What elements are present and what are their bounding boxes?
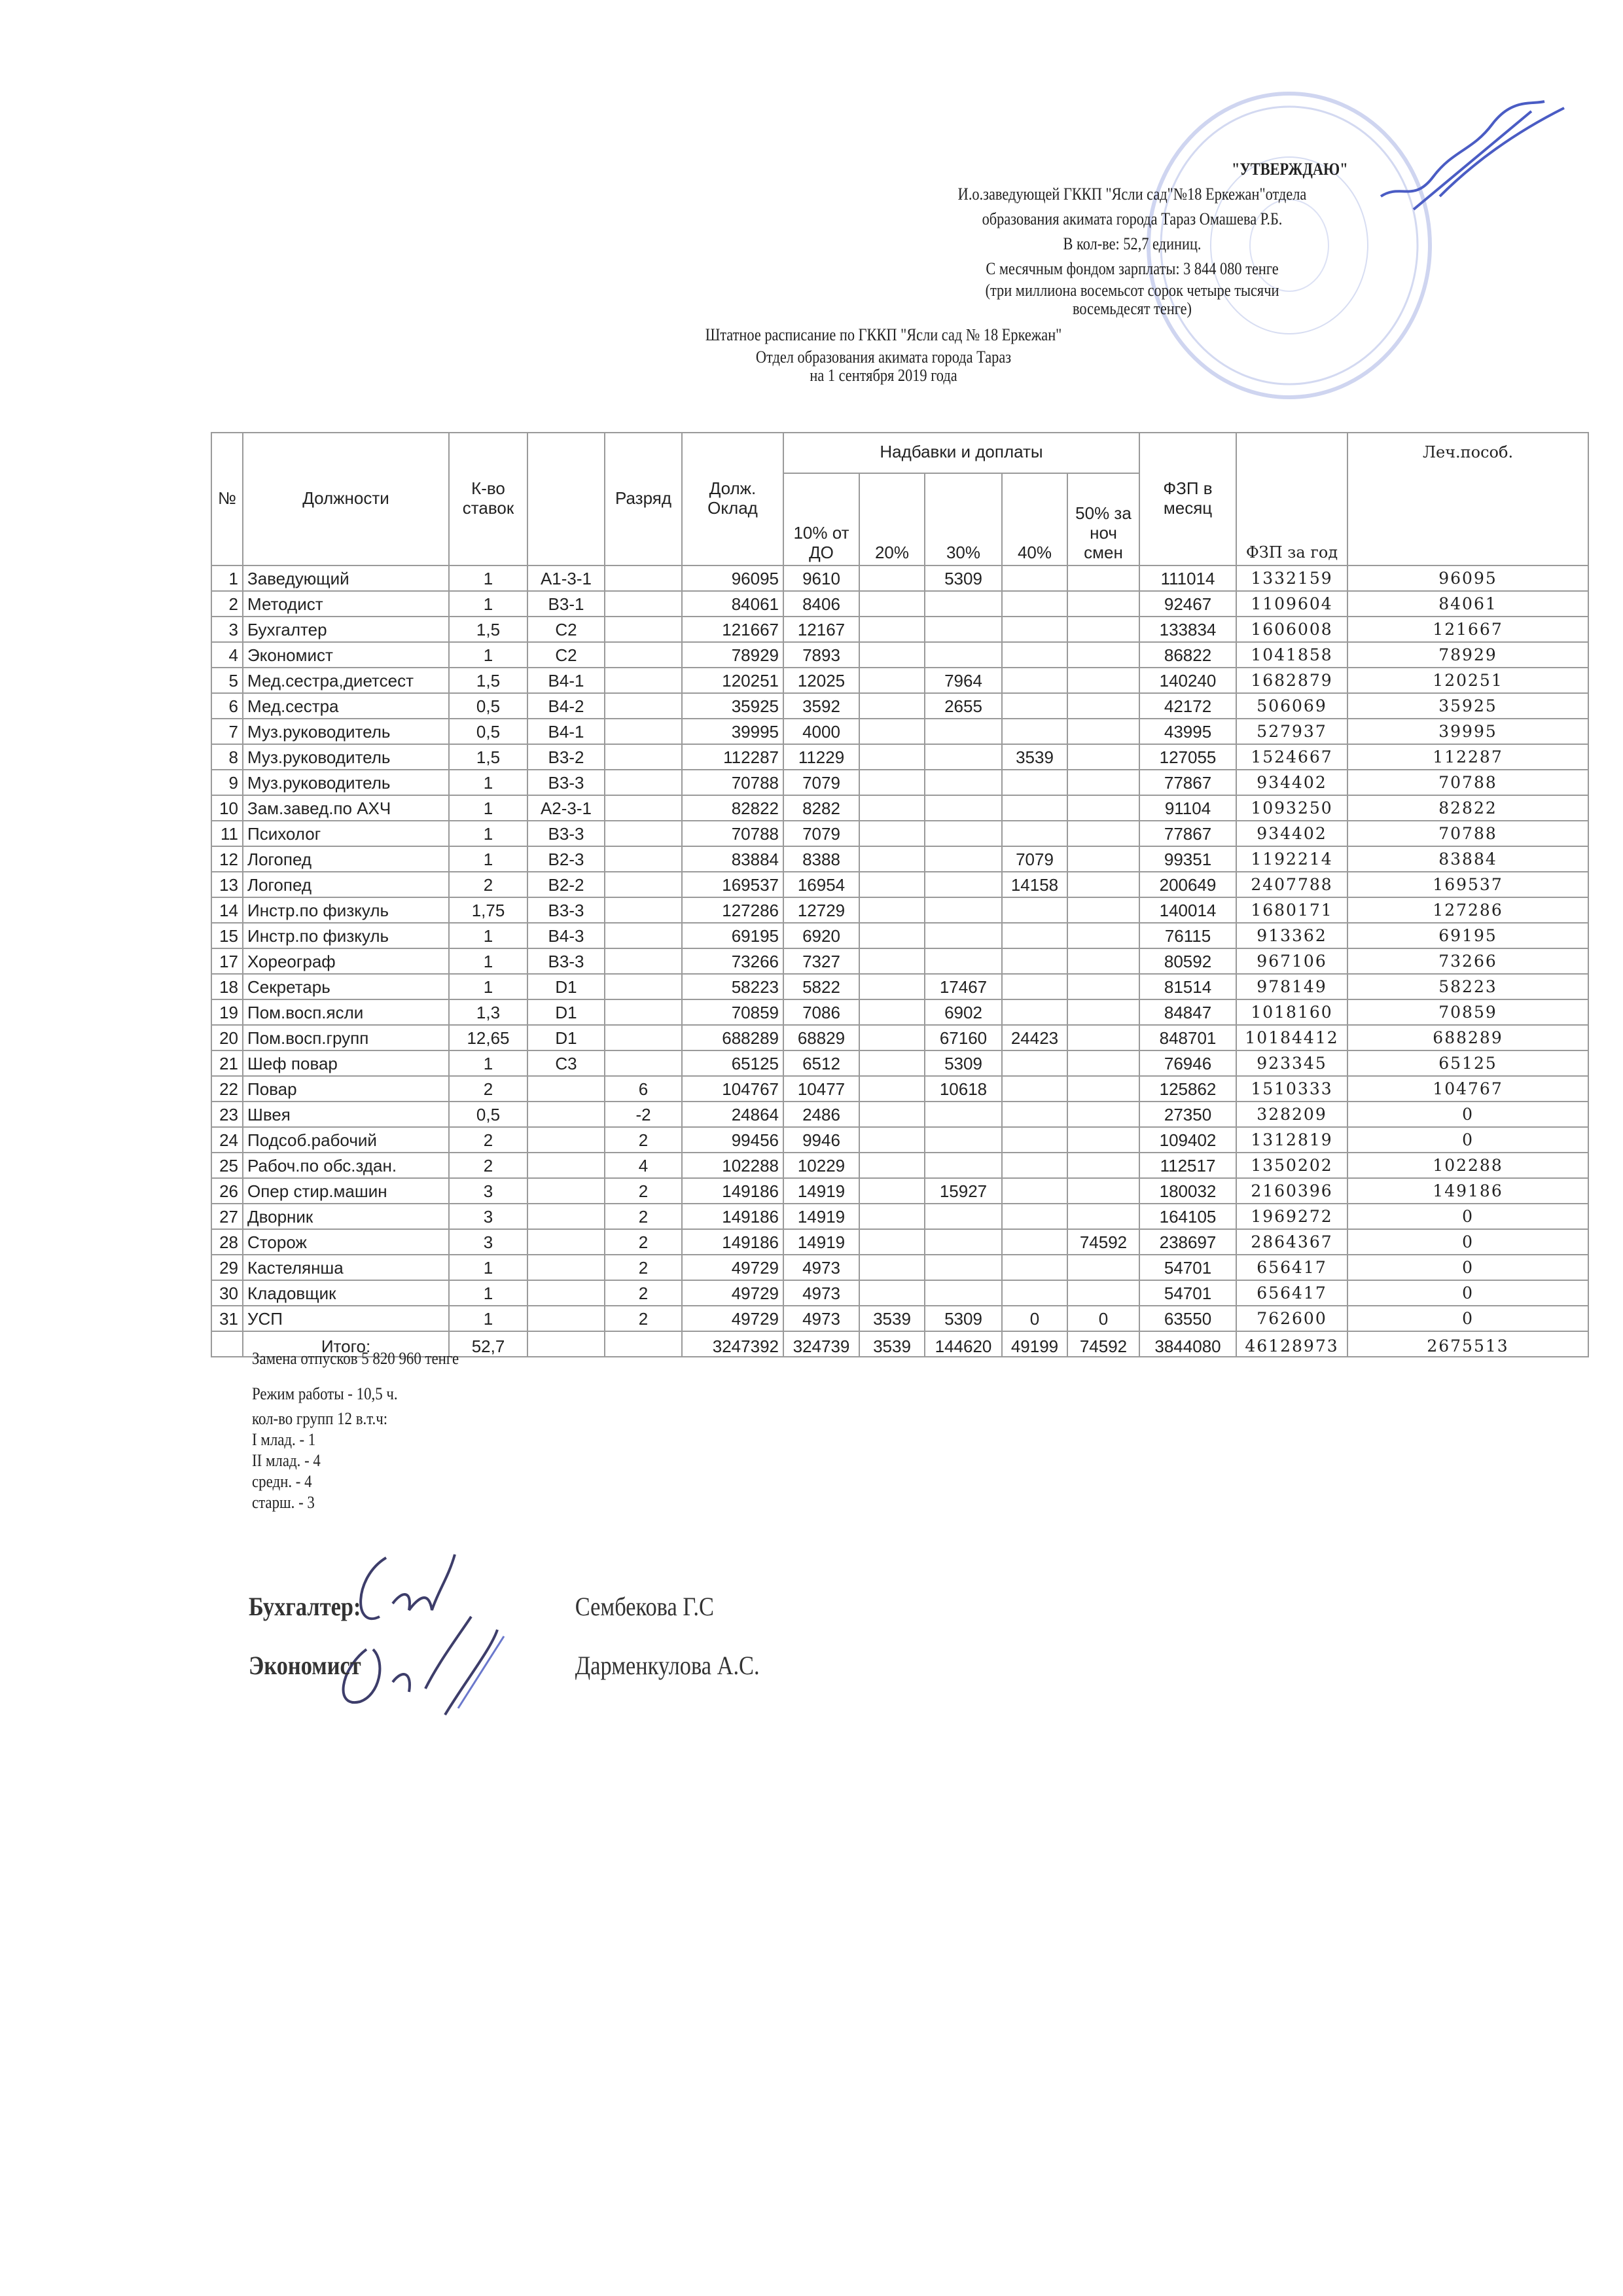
pct40-cell: 24423 bbox=[1002, 1025, 1067, 1050]
position-name-cell: Муз.руководитель bbox=[243, 770, 449, 795]
fzp-year-cell: 1680171 bbox=[1236, 897, 1347, 923]
pct50-cell bbox=[1067, 1280, 1139, 1306]
table-row: 22Повар261047671047710618125862151033310… bbox=[211, 1076, 1588, 1102]
medical-cell: 82822 bbox=[1347, 795, 1588, 821]
category-cell bbox=[527, 1280, 605, 1306]
medical-cell: 78929 bbox=[1347, 642, 1588, 668]
medical-cell: 70788 bbox=[1347, 821, 1588, 846]
pct50-cell bbox=[1067, 795, 1139, 821]
category-cell bbox=[527, 1127, 605, 1153]
table-row: 30Кладовщик12497294973547016564170 bbox=[211, 1280, 1588, 1306]
position-name-cell: Логопед bbox=[243, 872, 449, 897]
signature-name: Дарменкулова А.С. bbox=[575, 1636, 760, 1695]
pct20-cell bbox=[859, 668, 925, 693]
pct20-cell bbox=[859, 1280, 925, 1306]
category-cell: В4-1 bbox=[527, 668, 605, 693]
salary-cell: 688289 bbox=[682, 1025, 783, 1050]
pct50-cell bbox=[1067, 565, 1139, 591]
grade-cell bbox=[605, 591, 682, 617]
position-name-cell: Дворник bbox=[243, 1204, 449, 1229]
header-num: № bbox=[211, 433, 243, 565]
position-name-cell: Сторож bbox=[243, 1229, 449, 1255]
pct10-cell: 8282 bbox=[783, 795, 859, 821]
category-cell bbox=[527, 1204, 605, 1229]
table-row: 21Шеф повар1С365125651253097694692334565… bbox=[211, 1050, 1588, 1076]
table-row: 31УСП124972949733539530900635507626000 bbox=[211, 1306, 1588, 1331]
pct30-cell: 10618 bbox=[925, 1076, 1002, 1102]
pct40-cell bbox=[1002, 999, 1067, 1025]
fzp-month-cell: 111014 bbox=[1139, 565, 1236, 591]
pct10-cell: 6512 bbox=[783, 1050, 859, 1076]
header-pct50: 50% за ноч смен bbox=[1067, 473, 1139, 565]
table-row: 28Сторож32149186149197459223869728643670 bbox=[211, 1229, 1588, 1255]
pct20-cell bbox=[859, 1102, 925, 1127]
medical-cell: 104767 bbox=[1347, 1076, 1588, 1102]
table-row: 11Психолог1В3-37078870797786793440270788 bbox=[211, 821, 1588, 846]
fzp-month-cell: 63550 bbox=[1139, 1306, 1236, 1331]
fzp-month-cell: 54701 bbox=[1139, 1280, 1236, 1306]
document-title: Штатное расписание по ГККП "Ясли сад № 1… bbox=[630, 324, 1137, 383]
medical-cell: 73266 bbox=[1347, 948, 1588, 974]
pct30-cell bbox=[925, 923, 1002, 948]
grade-cell: 2 bbox=[605, 1204, 682, 1229]
medical-cell: 0 bbox=[1347, 1102, 1588, 1127]
medical-cell: 149186 bbox=[1347, 1178, 1588, 1204]
total-fzp-month: 3844080 bbox=[1139, 1331, 1236, 1357]
pct40-cell bbox=[1002, 1229, 1067, 1255]
table-row: 18Секретарь1D158223582217467815149781495… bbox=[211, 974, 1588, 999]
fzp-month-cell: 81514 bbox=[1139, 974, 1236, 999]
fzp-year-cell: 10184412 bbox=[1236, 1025, 1347, 1050]
pct20-cell bbox=[859, 846, 925, 872]
pct30-cell bbox=[925, 846, 1002, 872]
position-name-cell: Кастелянша bbox=[243, 1255, 449, 1280]
pct20-cell bbox=[859, 617, 925, 642]
table-row: 14Инстр.по физкуль1,75В3-312728612729140… bbox=[211, 897, 1588, 923]
pct10-cell: 12729 bbox=[783, 897, 859, 923]
position-name-cell: Повар bbox=[243, 1076, 449, 1102]
table-row: 15Инстр.по физкуль1В4-369195692076115913… bbox=[211, 923, 1588, 948]
fzp-month-cell: 127055 bbox=[1139, 744, 1236, 770]
fzp-year-cell: 2160396 bbox=[1236, 1178, 1347, 1204]
pct50-cell bbox=[1067, 999, 1139, 1025]
pct10-cell: 9946 bbox=[783, 1127, 859, 1153]
table-row: 4Экономист1С278929789386822104185878929 bbox=[211, 642, 1588, 668]
pct30-cell: 5309 bbox=[925, 565, 1002, 591]
pct20-cell bbox=[859, 897, 925, 923]
grade-cell: 4 bbox=[605, 1153, 682, 1178]
fzp-month-cell: 27350 bbox=[1139, 1102, 1236, 1127]
fzp-month-cell: 133834 bbox=[1139, 617, 1236, 642]
row-num-cell: 17 bbox=[211, 948, 243, 974]
table-row: 27Дворник321491861491916410519692720 bbox=[211, 1204, 1588, 1229]
fzp-month-cell: 109402 bbox=[1139, 1127, 1236, 1153]
row-num-cell: 3 bbox=[211, 617, 243, 642]
salary-cell: 35925 bbox=[682, 693, 783, 719]
grade-cell: -2 bbox=[605, 1102, 682, 1127]
table-row: 2Методист1В3-184061840692467110960484061 bbox=[211, 591, 1588, 617]
row-num-cell: 8 bbox=[211, 744, 243, 770]
fzp-year-cell: 1350202 bbox=[1236, 1153, 1347, 1178]
pct10-cell: 7079 bbox=[783, 770, 859, 795]
pct50-cell bbox=[1067, 719, 1139, 744]
table-row: 9Муз.руководитель1В3-3707887079778679344… bbox=[211, 770, 1588, 795]
row-num-cell: 9 bbox=[211, 770, 243, 795]
row-num-cell: 19 bbox=[211, 999, 243, 1025]
rates-cell: 1,5 bbox=[449, 668, 527, 693]
table-row: 24Подсоб.рабочий229945699461094021312819… bbox=[211, 1127, 1588, 1153]
medical-cell: 39995 bbox=[1347, 719, 1588, 744]
pct20-cell bbox=[859, 1229, 925, 1255]
pct10-cell: 3592 bbox=[783, 693, 859, 719]
salary-cell: 127286 bbox=[682, 897, 783, 923]
medical-cell: 83884 bbox=[1347, 846, 1588, 872]
note-groups: кол-во групп 12 в.т.ч: bbox=[252, 1408, 459, 1429]
pct10-cell: 14919 bbox=[783, 1204, 859, 1229]
approval-block: "УТВЕРЖДАЮ" И.о.заведующей ГККП "Ясли са… bbox=[851, 157, 1414, 318]
approval-line: С месячным фондом зарплаты: 3 844 080 те… bbox=[851, 257, 1414, 281]
fzp-year-cell: 934402 bbox=[1236, 770, 1347, 795]
total-num-cell bbox=[211, 1331, 243, 1357]
table-row: 26Опер стир.машин32149186149191592718003… bbox=[211, 1178, 1588, 1204]
salary-cell: 104767 bbox=[682, 1076, 783, 1102]
category-cell: В4-1 bbox=[527, 719, 605, 744]
salary-cell: 49729 bbox=[682, 1280, 783, 1306]
pct10-cell: 14919 bbox=[783, 1229, 859, 1255]
fzp-year-cell: 328209 bbox=[1236, 1102, 1347, 1127]
grade-cell bbox=[605, 693, 682, 719]
salary-cell: 120251 bbox=[682, 668, 783, 693]
position-name-cell: Мед.сестра,диетсест bbox=[243, 668, 449, 693]
table-row: 19Пом.восп.ясли1,3D170859708669028484710… bbox=[211, 999, 1588, 1025]
fzp-month-cell: 77867 bbox=[1139, 770, 1236, 795]
table-row: 25Рабоч.по обс.здан.24102288102291125171… bbox=[211, 1153, 1588, 1178]
row-num-cell: 21 bbox=[211, 1050, 243, 1076]
pct50-cell bbox=[1067, 974, 1139, 999]
pct50-cell bbox=[1067, 948, 1139, 974]
fzp-year-cell: 1192214 bbox=[1236, 846, 1347, 872]
row-num-cell: 30 bbox=[211, 1280, 243, 1306]
rates-cell: 1,75 bbox=[449, 897, 527, 923]
salary-cell: 84061 bbox=[682, 591, 783, 617]
pct50-cell bbox=[1067, 1255, 1139, 1280]
table-row: 7Муз.руководитель0,5В4-13999540004399552… bbox=[211, 719, 1588, 744]
grade-cell bbox=[605, 565, 682, 591]
total-pct20: 3539 bbox=[859, 1331, 925, 1357]
pct10-cell: 10229 bbox=[783, 1153, 859, 1178]
position-name-cell: Хореограф bbox=[243, 948, 449, 974]
total-empty bbox=[527, 1331, 605, 1357]
category-cell bbox=[527, 1076, 605, 1102]
note-group: старш. - 3 bbox=[252, 1492, 459, 1513]
category-cell: С2 bbox=[527, 617, 605, 642]
fzp-month-cell: 76115 bbox=[1139, 923, 1236, 948]
rates-cell: 1 bbox=[449, 1280, 527, 1306]
pct30-cell bbox=[925, 642, 1002, 668]
medical-cell: 96095 bbox=[1347, 565, 1588, 591]
approval-line: восемьдесят тенге) bbox=[851, 300, 1414, 318]
row-num-cell: 14 bbox=[211, 897, 243, 923]
pct30-cell bbox=[925, 1153, 1002, 1178]
pct50-cell bbox=[1067, 923, 1139, 948]
header-pct10: 10% от ДО bbox=[783, 473, 859, 565]
pct10-cell: 7327 bbox=[783, 948, 859, 974]
pct10-cell: 5822 bbox=[783, 974, 859, 999]
grade-cell: 2 bbox=[605, 1127, 682, 1153]
position-name-cell: Опер стир.машин bbox=[243, 1178, 449, 1204]
category-cell: В4-3 bbox=[527, 923, 605, 948]
rates-cell: 0,5 bbox=[449, 1102, 527, 1127]
fzp-year-cell: 913362 bbox=[1236, 923, 1347, 948]
grade-cell bbox=[605, 719, 682, 744]
pct40-cell bbox=[1002, 1153, 1067, 1178]
header-rates: К-во ставок bbox=[449, 433, 527, 565]
fzp-year-cell: 762600 bbox=[1236, 1306, 1347, 1331]
pct30-cell bbox=[925, 1255, 1002, 1280]
row-num-cell: 25 bbox=[211, 1153, 243, 1178]
header-fzp-month: ФЗП в месяц bbox=[1139, 433, 1236, 565]
row-num-cell: 7 bbox=[211, 719, 243, 744]
rates-cell: 2 bbox=[449, 1076, 527, 1102]
position-name-cell: Рабоч.по обс.здан. bbox=[243, 1153, 449, 1178]
rates-cell: 2 bbox=[449, 872, 527, 897]
rates-cell: 12,65 bbox=[449, 1025, 527, 1050]
rates-cell: 0,5 bbox=[449, 693, 527, 719]
category-cell bbox=[527, 1178, 605, 1204]
fzp-month-cell: 54701 bbox=[1139, 1255, 1236, 1280]
table-row: 13Логопед2В2-216953716954141582006492407… bbox=[211, 872, 1588, 897]
position-name-cell: УСП bbox=[243, 1306, 449, 1331]
row-num-cell: 5 bbox=[211, 668, 243, 693]
pct20-cell bbox=[859, 974, 925, 999]
pct40-cell bbox=[1002, 1280, 1067, 1306]
medical-cell: 688289 bbox=[1347, 1025, 1588, 1050]
pct50-cell bbox=[1067, 617, 1139, 642]
category-cell: D1 bbox=[527, 999, 605, 1025]
position-name-cell: Экономист bbox=[243, 642, 449, 668]
pct50-cell: 74592 bbox=[1067, 1229, 1139, 1255]
pct10-cell: 7086 bbox=[783, 999, 859, 1025]
table-body: 1Заведующий1А1-3-19609596105309111014133… bbox=[211, 565, 1588, 1331]
medical-cell: 169537 bbox=[1347, 872, 1588, 897]
pct10-cell: 2486 bbox=[783, 1102, 859, 1127]
pct40-cell bbox=[1002, 719, 1067, 744]
pct10-cell: 11229 bbox=[783, 744, 859, 770]
total-rates: 52,7 bbox=[449, 1331, 527, 1357]
position-name-cell: Шеф повар bbox=[243, 1050, 449, 1076]
pct40-cell: 3539 bbox=[1002, 744, 1067, 770]
pct30-cell: 67160 bbox=[925, 1025, 1002, 1050]
rates-cell: 1 bbox=[449, 821, 527, 846]
category-cell bbox=[527, 1229, 605, 1255]
table-row: 8Муз.руководитель1,5В3-21122871122935391… bbox=[211, 744, 1588, 770]
pct50-cell: 0 bbox=[1067, 1306, 1139, 1331]
pct50-cell bbox=[1067, 1102, 1139, 1127]
fzp-year-cell: 1332159 bbox=[1236, 565, 1347, 591]
pct30-cell: 15927 bbox=[925, 1178, 1002, 1204]
fzp-year-cell: 506069 bbox=[1236, 693, 1347, 719]
fzp-month-cell: 77867 bbox=[1139, 821, 1236, 846]
position-name-cell: Инстр.по физкуль bbox=[243, 923, 449, 948]
category-cell: А1-3-1 bbox=[527, 565, 605, 591]
table-row: 10Зам.завед.по АХЧ1А2-3-1828228282911041… bbox=[211, 795, 1588, 821]
pct20-cell: 3539 bbox=[859, 1306, 925, 1331]
salary-cell: 70788 bbox=[682, 821, 783, 846]
pct20-cell bbox=[859, 565, 925, 591]
pct30-cell bbox=[925, 591, 1002, 617]
pct50-cell bbox=[1067, 846, 1139, 872]
fzp-month-cell: 125862 bbox=[1139, 1076, 1236, 1102]
pct20-cell bbox=[859, 744, 925, 770]
pct10-cell: 7079 bbox=[783, 821, 859, 846]
medical-cell: 69195 bbox=[1347, 923, 1588, 948]
category-cell: В2-3 bbox=[527, 846, 605, 872]
grade-cell bbox=[605, 821, 682, 846]
grade-cell bbox=[605, 617, 682, 642]
pct50-cell bbox=[1067, 1025, 1139, 1050]
header-grade: Разряд bbox=[605, 433, 682, 565]
medical-cell: 0 bbox=[1347, 1255, 1588, 1280]
category-cell: D1 bbox=[527, 974, 605, 999]
grade-cell bbox=[605, 1025, 682, 1050]
fzp-month-cell: 200649 bbox=[1139, 872, 1236, 897]
medical-cell: 0 bbox=[1347, 1127, 1588, 1153]
category-cell: D1 bbox=[527, 1025, 605, 1050]
row-num-cell: 28 bbox=[211, 1229, 243, 1255]
table-row: 5Мед.сестра,диетсест1,5В4-11202511202579… bbox=[211, 668, 1588, 693]
rates-cell: 1 bbox=[449, 795, 527, 821]
pct50-cell bbox=[1067, 821, 1139, 846]
rates-cell: 3 bbox=[449, 1229, 527, 1255]
pct30-cell bbox=[925, 795, 1002, 821]
header-category bbox=[527, 433, 605, 565]
fzp-year-cell: 1510333 bbox=[1236, 1076, 1347, 1102]
pct10-cell: 14919 bbox=[783, 1178, 859, 1204]
row-num-cell: 10 bbox=[211, 795, 243, 821]
category-cell bbox=[527, 1255, 605, 1280]
row-num-cell: 20 bbox=[211, 1025, 243, 1050]
header-position: Должности bbox=[243, 433, 449, 565]
pct40-cell bbox=[1002, 1204, 1067, 1229]
salary-cell: 39995 bbox=[682, 719, 783, 744]
header-pct40: 40% bbox=[1002, 473, 1067, 565]
fzp-year-cell: 656417 bbox=[1236, 1280, 1347, 1306]
medical-cell: 58223 bbox=[1347, 974, 1588, 999]
rates-cell: 0,5 bbox=[449, 719, 527, 744]
table-row: 3Бухгалтер1,5С21216671216713383416060081… bbox=[211, 617, 1588, 642]
table-row: 17Хореограф1В3-3732667327805929671067326… bbox=[211, 948, 1588, 974]
rates-cell: 1 bbox=[449, 591, 527, 617]
approval-line: (три миллиона восемьсот сорок четыре тыс… bbox=[851, 281, 1414, 300]
pct20-cell bbox=[859, 1025, 925, 1050]
grade-cell: 2 bbox=[605, 1280, 682, 1306]
total-fzp-year: 46128973 bbox=[1236, 1331, 1347, 1357]
approval-line: В кол-ве: 52,7 единиц. bbox=[851, 232, 1414, 257]
pct20-cell bbox=[859, 642, 925, 668]
grade-cell bbox=[605, 795, 682, 821]
signature-name: Сембекова Г.С bbox=[575, 1577, 714, 1636]
medical-cell: 70788 bbox=[1347, 770, 1588, 795]
position-name-cell: Кладовщик bbox=[243, 1280, 449, 1306]
position-name-cell: Швея bbox=[243, 1102, 449, 1127]
fzp-month-cell: 238697 bbox=[1139, 1229, 1236, 1255]
pct50-cell bbox=[1067, 897, 1139, 923]
row-num-cell: 24 bbox=[211, 1127, 243, 1153]
pct40-cell bbox=[1002, 974, 1067, 999]
row-num-cell: 6 bbox=[211, 693, 243, 719]
row-num-cell: 2 bbox=[211, 591, 243, 617]
grade-cell bbox=[605, 770, 682, 795]
pct30-cell: 17467 bbox=[925, 974, 1002, 999]
total-salary: 3247392 bbox=[682, 1331, 783, 1357]
grade-cell bbox=[605, 897, 682, 923]
pct10-cell: 4973 bbox=[783, 1280, 859, 1306]
position-name-cell: Психолог bbox=[243, 821, 449, 846]
grade-cell bbox=[605, 974, 682, 999]
rates-cell: 1 bbox=[449, 974, 527, 999]
medical-cell: 112287 bbox=[1347, 744, 1588, 770]
medical-cell: 120251 bbox=[1347, 668, 1588, 693]
position-name-cell: Муз.руководитель bbox=[243, 719, 449, 744]
pct40-cell bbox=[1002, 1102, 1067, 1127]
position-name-cell: Инстр.по физкуль bbox=[243, 897, 449, 923]
medical-cell: 0 bbox=[1347, 1204, 1588, 1229]
fzp-month-cell: 180032 bbox=[1139, 1178, 1236, 1204]
pct40-cell bbox=[1002, 770, 1067, 795]
salary-cell: 82822 bbox=[682, 795, 783, 821]
fzp-year-cell: 1524667 bbox=[1236, 744, 1347, 770]
grade-cell bbox=[605, 744, 682, 770]
pct40-cell bbox=[1002, 642, 1067, 668]
salary-cell: 49729 bbox=[682, 1306, 783, 1331]
note-group: I млад. - 1 bbox=[252, 1429, 459, 1450]
header-allowances: Надбавки и доплаты bbox=[783, 433, 1139, 473]
pct20-cell bbox=[859, 719, 925, 744]
pct40-cell bbox=[1002, 693, 1067, 719]
note-schedule: Режим работы - 10,5 ч. bbox=[252, 1384, 459, 1405]
pct30-cell bbox=[925, 821, 1002, 846]
pct30-cell bbox=[925, 1229, 1002, 1255]
fzp-year-cell: 923345 bbox=[1236, 1050, 1347, 1076]
total-pct10: 324739 bbox=[783, 1331, 859, 1357]
position-name-cell: Секретарь bbox=[243, 974, 449, 999]
pct10-cell: 9610 bbox=[783, 565, 859, 591]
grade-cell bbox=[605, 1050, 682, 1076]
grade-cell bbox=[605, 668, 682, 693]
signature-role: Экономист bbox=[249, 1636, 423, 1695]
note-group: II млад. - 4 bbox=[252, 1450, 459, 1471]
pct50-cell bbox=[1067, 1178, 1139, 1204]
fzp-year-cell: 1018160 bbox=[1236, 999, 1347, 1025]
pct10-cell: 6920 bbox=[783, 923, 859, 948]
category-cell: В3-3 bbox=[527, 948, 605, 974]
pct10-cell: 4000 bbox=[783, 719, 859, 744]
header-medical: Леч.пособ. bbox=[1347, 433, 1588, 565]
rates-cell: 1 bbox=[449, 770, 527, 795]
header-salary: Долж. Оклад bbox=[682, 433, 783, 565]
pct40-cell bbox=[1002, 1255, 1067, 1280]
row-num-cell: 1 bbox=[211, 565, 243, 591]
row-num-cell: 13 bbox=[211, 872, 243, 897]
pct40-cell bbox=[1002, 923, 1067, 948]
fzp-month-cell: 140240 bbox=[1139, 668, 1236, 693]
signature-role: Бухгалтер: bbox=[249, 1577, 423, 1636]
fzp-year-cell: 978149 bbox=[1236, 974, 1347, 999]
fzp-month-cell: 86822 bbox=[1139, 642, 1236, 668]
fzp-month-cell: 80592 bbox=[1139, 948, 1236, 974]
pct30-cell: 2655 bbox=[925, 693, 1002, 719]
salary-cell: 24864 bbox=[682, 1102, 783, 1127]
